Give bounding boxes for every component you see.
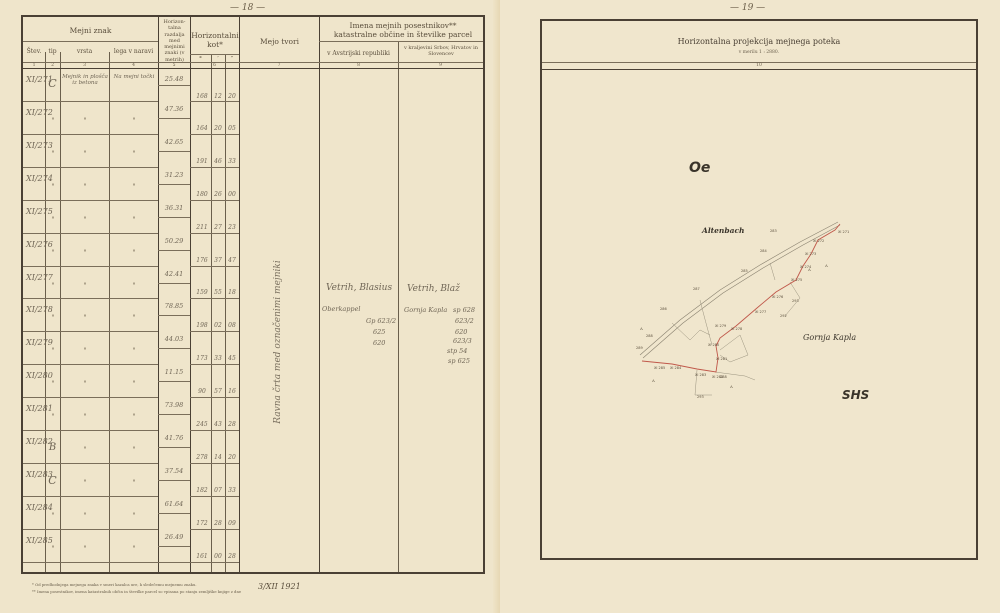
angle-sec: 33 (225, 487, 239, 494)
distance-value: 78.85 (154, 302, 194, 310)
ditto-mark: " (129, 446, 139, 454)
column-number: 1 (23, 63, 45, 68)
angle-min: 37 (211, 257, 225, 264)
distance-value: 44.03 (154, 335, 194, 343)
angle-min: 07 (211, 487, 225, 494)
svg-text:XI 285: XI 285 (654, 366, 665, 370)
point-labels: XI 271 XI 272 XI 273 XI 274 XI 275 XI 27… (636, 229, 849, 399)
header-horizontal-angle: Horizontalni kot* (191, 31, 239, 50)
mark-position: Na mejni točki (110, 74, 158, 80)
row-rule (23, 430, 158, 431)
angle-sec: 09 (225, 520, 239, 527)
ditto-mark: " (129, 249, 139, 257)
ditto-mark: " (129, 150, 139, 158)
angle-deg: 180 (193, 191, 211, 198)
owner-austria-parcel: 620 (373, 339, 385, 347)
header-owners: Imena mejnih posestnikov** katastralne o… (333, 21, 473, 40)
angle-min: 02 (211, 322, 225, 329)
ditto-mark: " (129, 183, 139, 191)
row-rule (158, 250, 190, 251)
distance-value: 36.31 (154, 204, 194, 212)
angle-sec: 28 (225, 553, 239, 560)
header-boundary-mark: Mejni znak (23, 26, 158, 35)
row-rule (23, 331, 158, 332)
ditto-mark: " (80, 150, 90, 158)
svg-text:XI 283: XI 283 (695, 373, 706, 377)
ditto-mark: " (80, 446, 90, 454)
ditto-mark: " (129, 314, 139, 322)
svg-text:283: 283 (770, 229, 777, 233)
row-rule (23, 233, 158, 234)
angle-min: 12 (211, 93, 225, 100)
angle-deg: 161 (193, 553, 211, 560)
ditto-mark: " (80, 282, 90, 290)
row-rule (190, 397, 239, 398)
header-rule (190, 54, 239, 55)
row-rule (190, 463, 239, 464)
svg-text:XI 281: XI 281 (716, 357, 727, 361)
owner-kingdom-parcel: 623/2 (455, 317, 474, 325)
ditto-mark: " (48, 216, 58, 224)
header-boundary-formed: Mejo tvori (240, 37, 319, 46)
boundary-line (642, 224, 840, 372)
column-number: 9 (398, 63, 483, 68)
column-number: 7 (239, 63, 319, 68)
subheader-kingdom: v kraljevini Srbov, Hrvatov in Slovencev (401, 45, 481, 58)
ditto-mark: " (80, 512, 90, 520)
svg-text:ᴧ: ᴧ (729, 384, 733, 390)
ditto-mark: " (129, 282, 139, 290)
column-number: 2 (45, 63, 60, 68)
mark-number: XI/273 (26, 141, 53, 150)
ditto-mark: " (80, 479, 90, 487)
owner-austria-parcel: Gp 623/2 (366, 317, 396, 325)
owner-kingdom-parcel: sp 628 (453, 306, 475, 314)
svg-text:286: 286 (660, 307, 667, 311)
angle-deg: 176 (193, 257, 211, 264)
row-rule (158, 85, 190, 86)
mark-number: XI/274 (26, 174, 53, 183)
mark-number: XI/276 (26, 240, 53, 249)
owner-kingdom-place: Gornja Kapla (404, 306, 447, 314)
row-rule (23, 266, 158, 267)
svg-text:288: 288 (720, 375, 727, 379)
ditto-mark: " (80, 249, 90, 257)
angle-deg: 191 (193, 158, 211, 165)
distance-value: 50.29 (154, 237, 194, 245)
column-number: 8 (319, 63, 398, 68)
ditto-mark: " (129, 117, 139, 125)
row-rule (190, 200, 239, 201)
ditto-mark: " (48, 150, 58, 158)
angle-sec: 20 (225, 454, 239, 461)
boundary-formed-text: Ravna črta med označenimi mejniki (273, 242, 283, 442)
ditto-mark: " (129, 216, 139, 224)
angle-min: 46 (211, 158, 225, 165)
subheader-number: Štev. (23, 48, 45, 56)
distance-value: 31.23 (154, 171, 194, 179)
row-rule (190, 529, 239, 530)
row-rule (158, 184, 190, 185)
angle-sec: 23 (225, 224, 239, 231)
col-divider (60, 52, 61, 572)
distance-value: 25.48 (154, 75, 194, 83)
svg-text:288: 288 (646, 334, 653, 338)
row-rule (158, 480, 190, 481)
mark-number: XI/285 (26, 536, 53, 545)
row-rule (158, 414, 190, 415)
mark-number: XI/281 (26, 404, 53, 413)
angle-deg: 198 (193, 322, 211, 329)
column-number: 5 (158, 63, 190, 68)
owner-kingdom-parcel: 623/3 (453, 337, 472, 345)
mark-number: XI/279 (26, 338, 53, 347)
subheader-austria: v Avstrijski republiki (319, 50, 398, 58)
angle-min: 57 (211, 388, 225, 395)
mark-type: C (45, 77, 60, 90)
owner-kingdom-parcel: sp 625 (448, 357, 470, 365)
distance-value: 73.98 (154, 401, 194, 409)
ditto-mark: " (129, 380, 139, 388)
svg-text:XI 280: XI 280 (708, 343, 719, 347)
distance-value: 47.36 (154, 105, 194, 113)
svg-text:ᴧ: ᴧ (807, 267, 811, 273)
angle-sec: 08 (225, 322, 239, 329)
mark-kind: Mejnik in plošča iz betona (61, 74, 109, 86)
svg-text:ᴧ: ᴧ (824, 263, 828, 269)
mark-number: XI/277 (26, 273, 53, 282)
angle-deg: 90 (193, 388, 211, 395)
boundary-mark-table: Mejni znak Horizon-talna razdalja med me… (21, 15, 485, 574)
svg-text:ᴧ: ᴧ (651, 378, 655, 384)
angle-min: 27 (211, 224, 225, 231)
distance-value: 42.41 (154, 270, 194, 278)
row-rule (190, 298, 239, 299)
ditto-mark: " (48, 183, 58, 191)
row-rule (158, 381, 190, 382)
row-rule (190, 134, 239, 135)
angle-sec: 00 (225, 191, 239, 198)
row-rule (158, 151, 190, 152)
mark-number: XI/275 (26, 207, 53, 216)
mark-number: XI/278 (26, 305, 53, 314)
row-rule (158, 348, 190, 349)
row-rule (158, 118, 190, 119)
boundary-map: XI 271 XI 272 XI 273 XI 274 XI 275 XI 27… (500, 0, 1000, 613)
row-rule (158, 513, 190, 514)
angle-sec: 20 (225, 93, 239, 100)
row-rule (23, 101, 158, 102)
col-divider (398, 42, 399, 572)
mark-type: B (45, 442, 60, 453)
col-divider (109, 52, 110, 572)
owner-austria-name: Vetrih, Blasius (326, 283, 392, 293)
angle-sec: 45 (225, 355, 239, 362)
owner-kingdom-parcel: 620 (455, 328, 467, 336)
distance-value: 41.76 (154, 434, 194, 442)
ditto-mark: " (48, 545, 58, 553)
ditto-mark: " (48, 413, 58, 421)
angle-sec: 33 (225, 158, 239, 165)
ditto-mark: " (48, 282, 58, 290)
angle-deg: 159 (193, 289, 211, 296)
svg-text:XI 275: XI 275 (791, 278, 802, 282)
svg-text:285: 285 (741, 269, 748, 273)
row-rule (23, 496, 158, 497)
angle-min: 14 (211, 454, 225, 461)
ditto-mark: " (129, 347, 139, 355)
owner-kingdom-name: Vetrih, Blaž (407, 284, 460, 294)
row-rule (190, 233, 239, 234)
ditto-mark: " (48, 347, 58, 355)
svg-text:289: 289 (636, 346, 643, 350)
angle-deg: 182 (193, 487, 211, 494)
svg-text:XI 273: XI 273 (805, 252, 816, 256)
ditto-mark: " (48, 512, 58, 520)
distance-value: 61.64 (154, 500, 194, 508)
ditto-mark: " (48, 314, 58, 322)
col-divider (239, 17, 240, 572)
owner-austria-place: Oberkappel (322, 305, 361, 313)
angle-sec: 28 (225, 421, 239, 428)
row-rule (23, 298, 158, 299)
svg-text:XI 277: XI 277 (755, 310, 766, 314)
row-rule (158, 447, 190, 448)
svg-text:XI 284: XI 284 (670, 366, 682, 370)
svg-text:293: 293 (792, 299, 799, 303)
page-number-left: — 18 — (230, 3, 265, 13)
ditto-mark: " (80, 314, 90, 322)
column-number: 3 (60, 63, 109, 68)
ditto-mark: " (80, 380, 90, 388)
mark-number: XI/284 (26, 503, 53, 512)
svg-text:XI 276: XI 276 (772, 295, 783, 299)
header-rule (23, 68, 483, 69)
row-rule (158, 315, 190, 316)
subheader-position: lega v naravi (109, 48, 158, 56)
row-rule (190, 331, 239, 332)
distance-value: 37.54 (154, 467, 194, 475)
distance-value: 42.65 (154, 138, 194, 146)
subheader-kind: vrsta (60, 48, 109, 56)
svg-text:ᴧ: ᴧ (639, 326, 643, 332)
ditto-mark: " (80, 413, 90, 421)
column-number: 6 (190, 63, 239, 68)
header-rule (319, 41, 483, 42)
angle-deg: 245 (193, 421, 211, 428)
row-rule (23, 134, 158, 135)
row-rule (23, 397, 158, 398)
row-rule (23, 562, 239, 563)
header-rule (23, 41, 158, 42)
row-rule (190, 430, 239, 431)
angle-min: 43 (211, 421, 225, 428)
angle-min: 33 (211, 355, 225, 362)
ditto-mark: " (48, 249, 58, 257)
left-page: — 18 — Mejni znak Horizon-talna razdalja… (0, 0, 500, 613)
row-rule (158, 217, 190, 218)
angle-sec: 16 (225, 388, 239, 395)
svg-text:293: 293 (697, 395, 704, 399)
angle-min: 00 (211, 553, 225, 560)
svg-text:XI 279: XI 279 (715, 324, 726, 328)
header-horizontal-distance: Horizon-talna razdalja med mejnimi znaki… (159, 19, 190, 63)
angle-min: 28 (211, 520, 225, 527)
angle-deg: 164 (193, 125, 211, 132)
angle-min: 20 (211, 125, 225, 132)
road (640, 222, 840, 358)
distance-value: 26.49 (154, 533, 194, 541)
ditto-mark: " (80, 216, 90, 224)
footnote-date: 3/XII 1921 (258, 582, 301, 591)
row-rule (190, 496, 239, 497)
ditto-mark: " (129, 545, 139, 553)
row-rule (23, 200, 158, 201)
svg-text:XI 271: XI 271 (838, 230, 849, 234)
svg-text:287: 287 (693, 287, 700, 291)
ditto-mark: " (80, 183, 90, 191)
subheader-type: tip (45, 48, 60, 56)
row-rule (23, 364, 158, 365)
angle-sec: 47 (225, 257, 239, 264)
angle-sec: 18 (225, 289, 239, 296)
angle-deg: 211 (193, 224, 211, 231)
angle-deg: 173 (193, 355, 211, 362)
owner-kingdom-parcel: stp 54 (447, 347, 467, 355)
mark-type: C (45, 474, 60, 487)
ditto-mark: " (129, 413, 139, 421)
right-page: — 19 — Horizontalna projekcija mejnega p… (500, 0, 1000, 613)
angle-sec: 05 (225, 125, 239, 132)
ditto-mark: " (80, 347, 90, 355)
owner-austria-parcel: 625 (373, 328, 385, 336)
row-rule (190, 266, 239, 267)
angle-deg: 172 (193, 520, 211, 527)
ditto-mark: " (80, 117, 90, 125)
row-rule (23, 463, 158, 464)
svg-text:XI 278: XI 278 (731, 327, 742, 331)
ditto-mark: " (80, 545, 90, 553)
angle-deg: 278 (193, 454, 211, 461)
angle-deg: 168 (193, 93, 211, 100)
footnote-1: * Od predhodnjega mejnega znaka v smeri … (32, 582, 197, 587)
row-rule (23, 167, 158, 168)
svg-text:284: 284 (760, 249, 767, 253)
row-rule (158, 546, 190, 547)
svg-text:292: 292 (780, 314, 787, 318)
row-rule (23, 529, 158, 530)
mark-number: XI/280 (26, 371, 53, 380)
col-divider (158, 17, 159, 572)
angle-min: 26 (211, 191, 225, 198)
row-rule (190, 101, 239, 102)
row-rule (190, 364, 239, 365)
svg-text:XI 272: XI 272 (813, 239, 824, 243)
distance-value: 11.15 (154, 368, 194, 376)
ditto-mark: " (48, 380, 58, 388)
ditto-mark: " (129, 512, 139, 520)
mark-number: XI/272 (26, 108, 53, 117)
row-rule (190, 167, 239, 168)
ditto-mark: " (129, 479, 139, 487)
angle-min: 55 (211, 289, 225, 296)
ditto-mark: " (48, 117, 58, 125)
col-divider (319, 17, 320, 572)
row-rule (158, 283, 190, 284)
column-number: 4 (109, 63, 158, 68)
footnote-2: ** Imena posestnikov, imena katastralnih… (32, 589, 241, 594)
